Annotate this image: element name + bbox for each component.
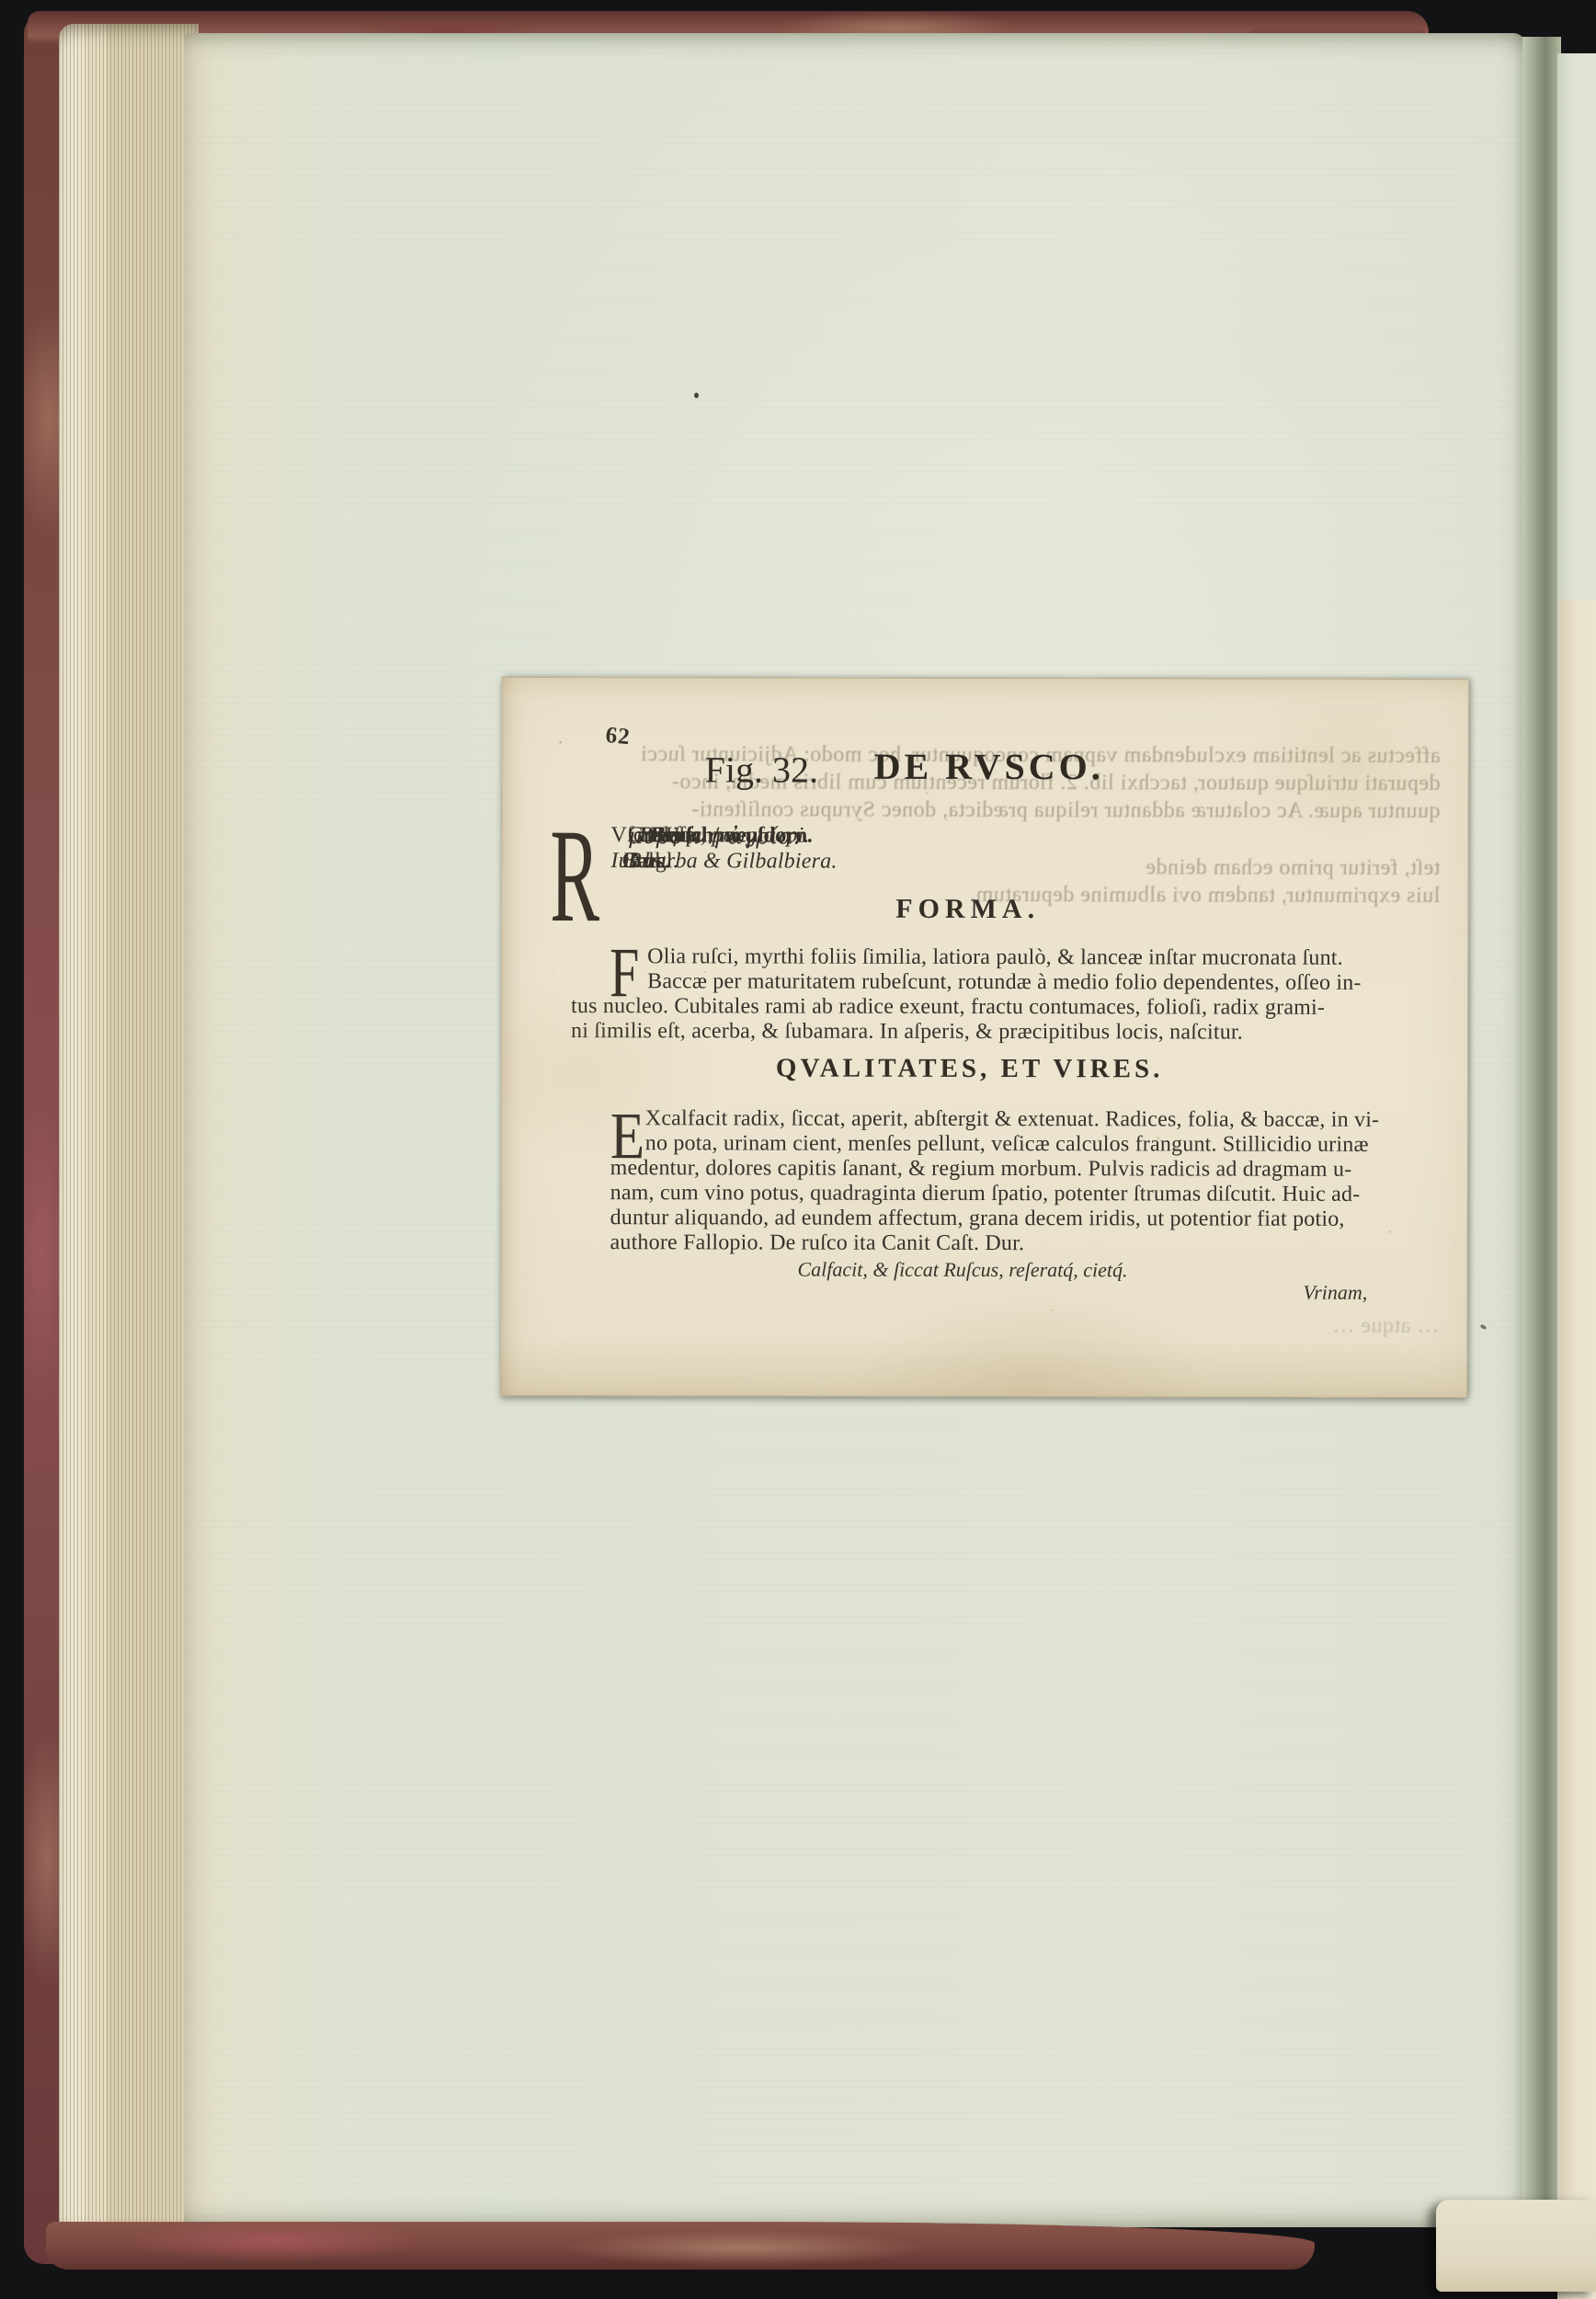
body-line: Baccæ per maturitatem rubeſcunt, rotundæ… [571,969,1362,996]
body-line: ni ſimilis eſt, acerba, & ſubamara. In a… [571,1019,1243,1046]
body-line: medentur, dolores capitis ſanant, & regi… [610,1156,1352,1183]
body-line: authore Fallopio. De ruſco ita Canit Caſ… [610,1230,1025,1256]
book-photograph: affectus ac lentitiam excludendam vappam… [0,0,1596,2299]
synonym-english: Bus. [628,849,667,874]
book-cover-bottom-edge [46,2222,1315,2270]
bleedthrough-line: … atque … [538,1312,1439,1339]
page-gutter-shadow [1522,37,1561,2203]
body-line: tus nucleo. Cubitales rami ab radice exe… [571,994,1325,1021]
body-line: Xcalfacit radix, ſiccat, aperit, abſterg… [610,1106,1380,1133]
figure-label: Fig. 32. [705,748,818,791]
next-page-pasted-sheet-sliver [1559,600,1596,2299]
bleedthrough-line: quuntur aquæ. Ac colaturæ addantur reliq… [539,797,1440,824]
forma-paragraph: F Olia ruſci, myrthi foliis ſimilia, lat… [571,944,1476,946]
section-heading-qualitates: QVALITATES, ET VIRES. [776,1054,1163,1085]
ink-speck [694,393,699,398]
chapter-title: DE RVSCO. [874,745,1104,789]
body-line: no pota, urinam cient, menſes pellunt, v… [610,1131,1369,1158]
body-line: Olia ruſci, myrthi foliis ſimilia, latio… [571,944,1343,971]
body-line: duntur aliquando, ad eundem affectum, gr… [610,1206,1345,1232]
section-heading-forma: FORMA. [895,894,1040,925]
pasted-printed-sheet: affectus ac lentitiam excludendam vappam… [500,677,1469,1398]
body-line: nam, cum vino potus, quadraginta dierum … [610,1181,1361,1207]
fore-edge-page-stack [59,24,199,2240]
next-page-bottom-corner [1436,2200,1596,2292]
page-number: 62 [604,723,631,750]
catchword: Vrinam, [1303,1281,1367,1305]
verse-quotation: Calfacit, & ſiccat Ruſcus, reſeratq́, ci… [797,1258,1127,1283]
language-label: Hiſp. [656,823,702,848]
qualitates-paragraph: E Xcalfacit radix, ſiccat, aperit, abſte… [610,1106,1465,1108]
